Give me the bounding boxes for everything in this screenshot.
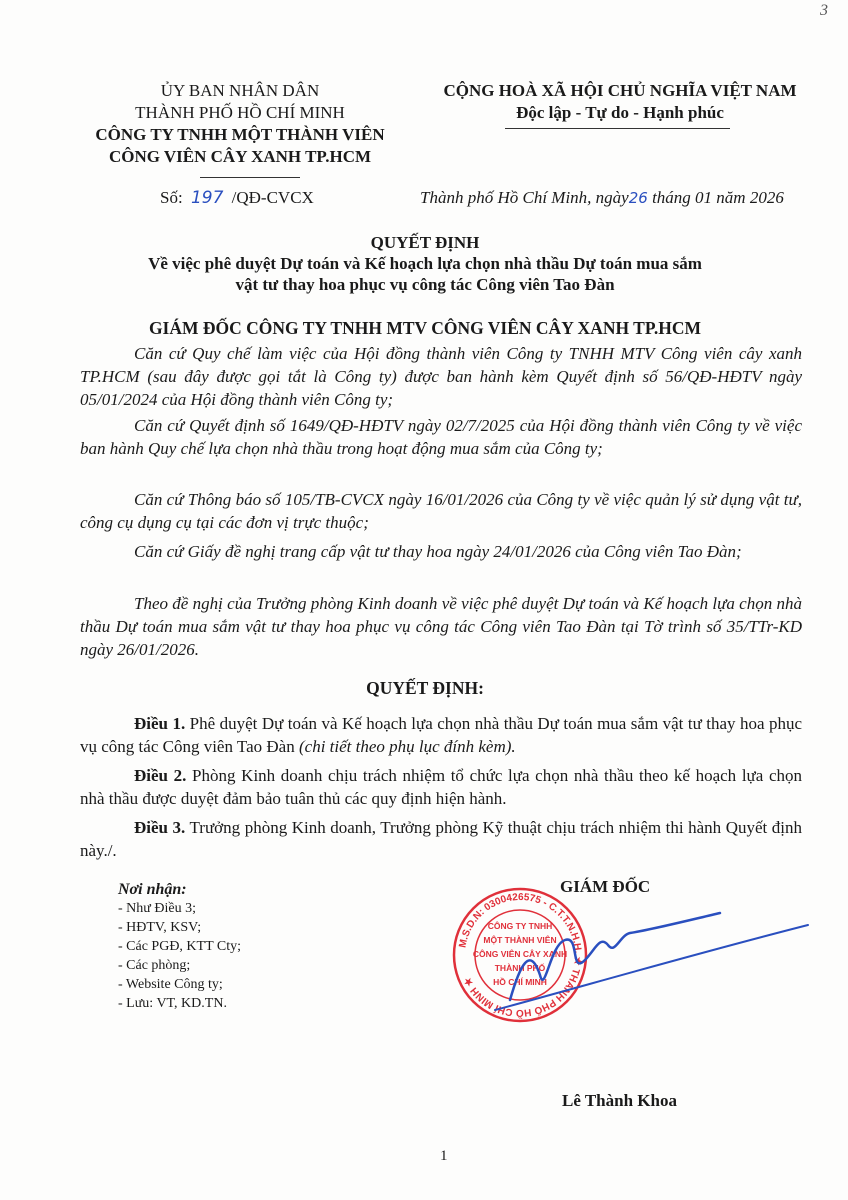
doc-number-prefix: Số: xyxy=(160,188,183,207)
decision-subject: Về việc phê duyệt Dự toán và Kế hoạch lự… xyxy=(80,253,770,274)
recipient-item: - Lưu: VT, KD.TN. xyxy=(118,994,241,1013)
recipient-item: - Như Điều 3; xyxy=(118,899,241,918)
legal-basis-paragraph: Căn cứ Giấy đề nghị trang cấp vật tư tha… xyxy=(80,540,802,563)
article-3: Điều 3. Trưởng phòng Kinh doanh, Trưởng … xyxy=(80,816,802,862)
article-text: Trưởng phòng Kinh doanh, Trưởng phòng Kỹ… xyxy=(80,818,802,860)
national-motto: Độc lập - Tự do - Hạnh phúc xyxy=(410,102,830,124)
article-note: (chi tiết theo phụ lục đính kèm). xyxy=(299,737,516,756)
recipient-item: - Các phòng; xyxy=(118,956,241,975)
page-number: 1 xyxy=(440,1148,448,1165)
article-2: Điều 2. Phòng Kinh doanh chịu trách nhiệ… xyxy=(80,764,802,810)
article-label: Điều 1. xyxy=(134,714,185,733)
document-number: Số: 197 /QĐ-CVCX xyxy=(160,188,314,208)
authority-line: ỦY BAN NHÂN DÂN xyxy=(60,80,420,102)
doc-number-suffix: /QĐ-CVCX xyxy=(232,188,314,207)
national-header: CỘNG HOÀ XÃ HỘI CHỦ NGHĨA VIỆT NAM Độc l… xyxy=(410,80,830,124)
company-line: CÔNG TY TNHH MỘT THÀNH VIÊN xyxy=(60,124,420,146)
decision-subject: vật tư thay hoa phục vụ công tác Công vi… xyxy=(80,274,770,295)
company-line: CÔNG VIÊN CÂY XANH TP.HCM xyxy=(60,146,420,168)
place-and-date: Thành phố Hồ Chí Minh, ngày26 tháng 01 n… xyxy=(420,188,784,208)
legal-basis-paragraph: Căn cứ Thông báo số 105/TB-CVCX ngày 16/… xyxy=(80,488,802,534)
article-label: Điều 2. xyxy=(134,766,186,785)
page-corner-number: 3 xyxy=(820,2,828,20)
motto-divider xyxy=(505,128,730,129)
recipients-list: Nơi nhận: - Như Điều 3; - HĐTV, KSV; - C… xyxy=(118,880,241,1013)
legal-basis-paragraph: Căn cứ Quyết định số 1649/QĐ-HĐTV ngày 0… xyxy=(80,414,802,460)
issuing-authority-header: ỦY BAN NHÂN DÂN THÀNH PHỐ HỒ CHÍ MINH CÔ… xyxy=(60,80,420,168)
place-date-prefix: Thành phố Hồ Chí Minh, ngày xyxy=(420,188,629,207)
legal-basis-paragraph: Căn cứ Quy chế làm việc của Hội đồng thà… xyxy=(80,342,802,411)
decision-title-block: QUYẾT ĐỊNH Về việc phê duyệt Dự toán và … xyxy=(80,232,770,295)
decision-heading: QUYẾT ĐỊNH: xyxy=(80,678,770,699)
legal-basis-paragraph: Theo đề nghị của Trưởng phòng Kinh doanh… xyxy=(80,592,802,661)
article-1: Điều 1. Phê duyệt Dự toán và Kế hoạch lự… xyxy=(80,712,802,758)
director-title: GIÁM ĐỐC CÔNG TY TNHH MTV CÔNG VIÊN CÂY … xyxy=(80,318,770,339)
decision-title: QUYẾT ĐỊNH xyxy=(80,232,770,253)
signer-name: Lê Thành Khoa xyxy=(562,1091,677,1111)
place-date-suffix: tháng 01 năm 2026 xyxy=(648,188,784,207)
article-text: Phòng Kinh doanh chịu trách nhiệm tổ chứ… xyxy=(80,766,802,808)
recipients-heading: Nơi nhận: xyxy=(118,880,241,899)
signature-icon xyxy=(490,905,810,1015)
recipient-item: - Website Công ty; xyxy=(118,975,241,994)
recipient-item: - Các PGĐ, KTT Cty; xyxy=(118,937,241,956)
recipient-item: - HĐTV, KSV; xyxy=(118,918,241,937)
article-label: Điều 3. xyxy=(134,818,185,837)
authority-line: THÀNH PHỐ HỒ CHÍ MINH xyxy=(60,102,420,124)
header-divider xyxy=(200,177,300,178)
day-handwritten: 26 xyxy=(629,189,648,207)
doc-number-handwritten: 197 xyxy=(191,188,223,208)
national-title: CỘNG HOÀ XÃ HỘI CHỦ NGHĨA VIỆT NAM xyxy=(410,80,830,102)
